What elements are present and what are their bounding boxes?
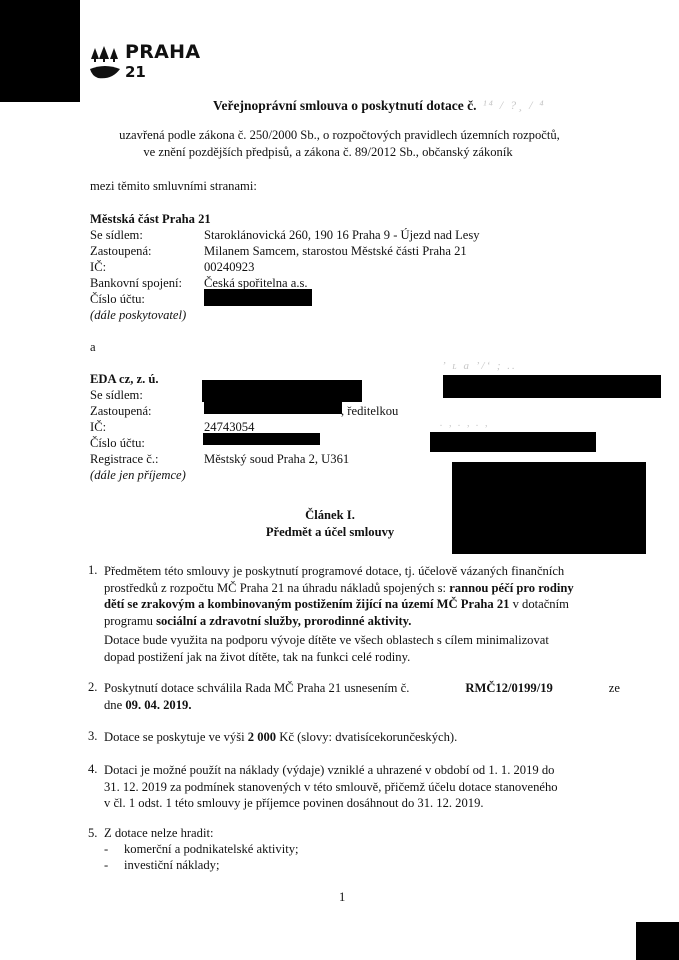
recipient-account-redacted bbox=[203, 433, 320, 445]
bullet-dash: - bbox=[104, 858, 108, 873]
legal-basis-line-2: ve znění pozdějších předpisů, a zákona č… bbox=[0, 145, 656, 160]
recipient-address-label: Se sídlem: bbox=[90, 388, 143, 403]
recipient-address-redacted bbox=[202, 380, 362, 402]
signature-redaction bbox=[452, 462, 646, 554]
item-number: 3. bbox=[88, 729, 97, 744]
item-number: 1. bbox=[88, 563, 97, 578]
logo-name: PRAHA bbox=[125, 41, 200, 63]
redaction-block bbox=[636, 922, 679, 960]
article-title: Předmět a účel smlouvy bbox=[230, 525, 430, 540]
recipient-role: (dále jen příjemce) bbox=[90, 468, 186, 483]
handwritten-redaction bbox=[443, 375, 661, 398]
item-2-text: Poskytnutí dotace schválila Rada MČ Prah… bbox=[104, 680, 620, 713]
provider-name: Městská část Praha 21 bbox=[90, 212, 211, 227]
provider-ic: 00240923 bbox=[204, 260, 254, 275]
provider-representative-label: Zastoupená: bbox=[90, 244, 152, 259]
logo-number: 21 bbox=[125, 63, 146, 81]
parties-intro: mezi těmito smluvními stranami: bbox=[90, 179, 257, 194]
provider-account-label: Číslo účtu: bbox=[90, 292, 145, 307]
page-number: 1 bbox=[339, 890, 345, 905]
provider-representative: Milanem Samcem, starostou Městské části … bbox=[204, 244, 467, 259]
provider-address: Staroklánovická 260, 190 16 Praha 9 - Új… bbox=[204, 228, 480, 243]
bullet-dash: - bbox=[104, 842, 108, 857]
recipient-representative-role: , ředitelkou bbox=[341, 404, 398, 419]
item-5-text: Z dotace nelze hradit: bbox=[104, 826, 213, 841]
bullet-item: investiční náklady; bbox=[124, 858, 219, 873]
bullet-item: komerční a podnikatelské aktivity; bbox=[124, 842, 299, 857]
item-number: 2. bbox=[88, 680, 97, 695]
provider-account-redacted bbox=[204, 289, 312, 306]
provider-address-label: Se sídlem: bbox=[90, 228, 143, 243]
handwritten-note: ʼ ʟ a ʼ/ʻ ; .. bbox=[442, 360, 517, 372]
item-3-text: Dotace se poskytuje ve výši 2 000 Kč (sl… bbox=[104, 729, 620, 746]
item-1-paragraph-2: Dotace bude využita na podporu vývoje dí… bbox=[104, 632, 620, 665]
trees-hill-icon bbox=[90, 46, 122, 86]
recipient-representative-redacted bbox=[204, 402, 342, 414]
legal-basis-line-1: uzavřená podle zákona č. 250/2000 Sb., o… bbox=[0, 128, 679, 143]
handwritten-contract-number: ¹⁴ / ?¸ / ⁴ bbox=[483, 98, 546, 113]
recipient-name: EDA cz, z. ú. bbox=[90, 372, 159, 387]
recipient-representative-label: Zastoupená: bbox=[90, 404, 152, 419]
item-number: 5. bbox=[88, 826, 97, 841]
conjunction: a bbox=[90, 340, 96, 355]
praha-21-logo: PRAHA 21 bbox=[90, 40, 210, 90]
document-title: Veřejnoprávní smlouva o poskytnutí dotac… bbox=[213, 98, 477, 114]
provider-ic-label: IČ: bbox=[90, 260, 106, 275]
provider-role: (dále poskytovatel) bbox=[90, 308, 186, 323]
recipient-registration: Městský soud Praha 2, U361 bbox=[204, 452, 349, 467]
handwritten-note: . , . , . , bbox=[440, 418, 490, 429]
item-1-text: Předmětem této smlouvy je poskytnutí pro… bbox=[104, 563, 620, 629]
item-4-text: Dotaci je možné použít na náklady (výdaj… bbox=[104, 762, 620, 812]
recipient-account-label: Číslo účtu: bbox=[90, 436, 145, 451]
handwritten-redaction bbox=[430, 432, 596, 452]
article-number: Článek I. bbox=[230, 508, 430, 523]
item-number: 4. bbox=[88, 762, 97, 777]
recipient-ic-label: IČ: bbox=[90, 420, 106, 435]
redaction-block bbox=[0, 0, 80, 102]
provider-bank-label: Bankovní spojení: bbox=[90, 276, 182, 291]
recipient-registration-label: Registrace č.: bbox=[90, 452, 159, 467]
